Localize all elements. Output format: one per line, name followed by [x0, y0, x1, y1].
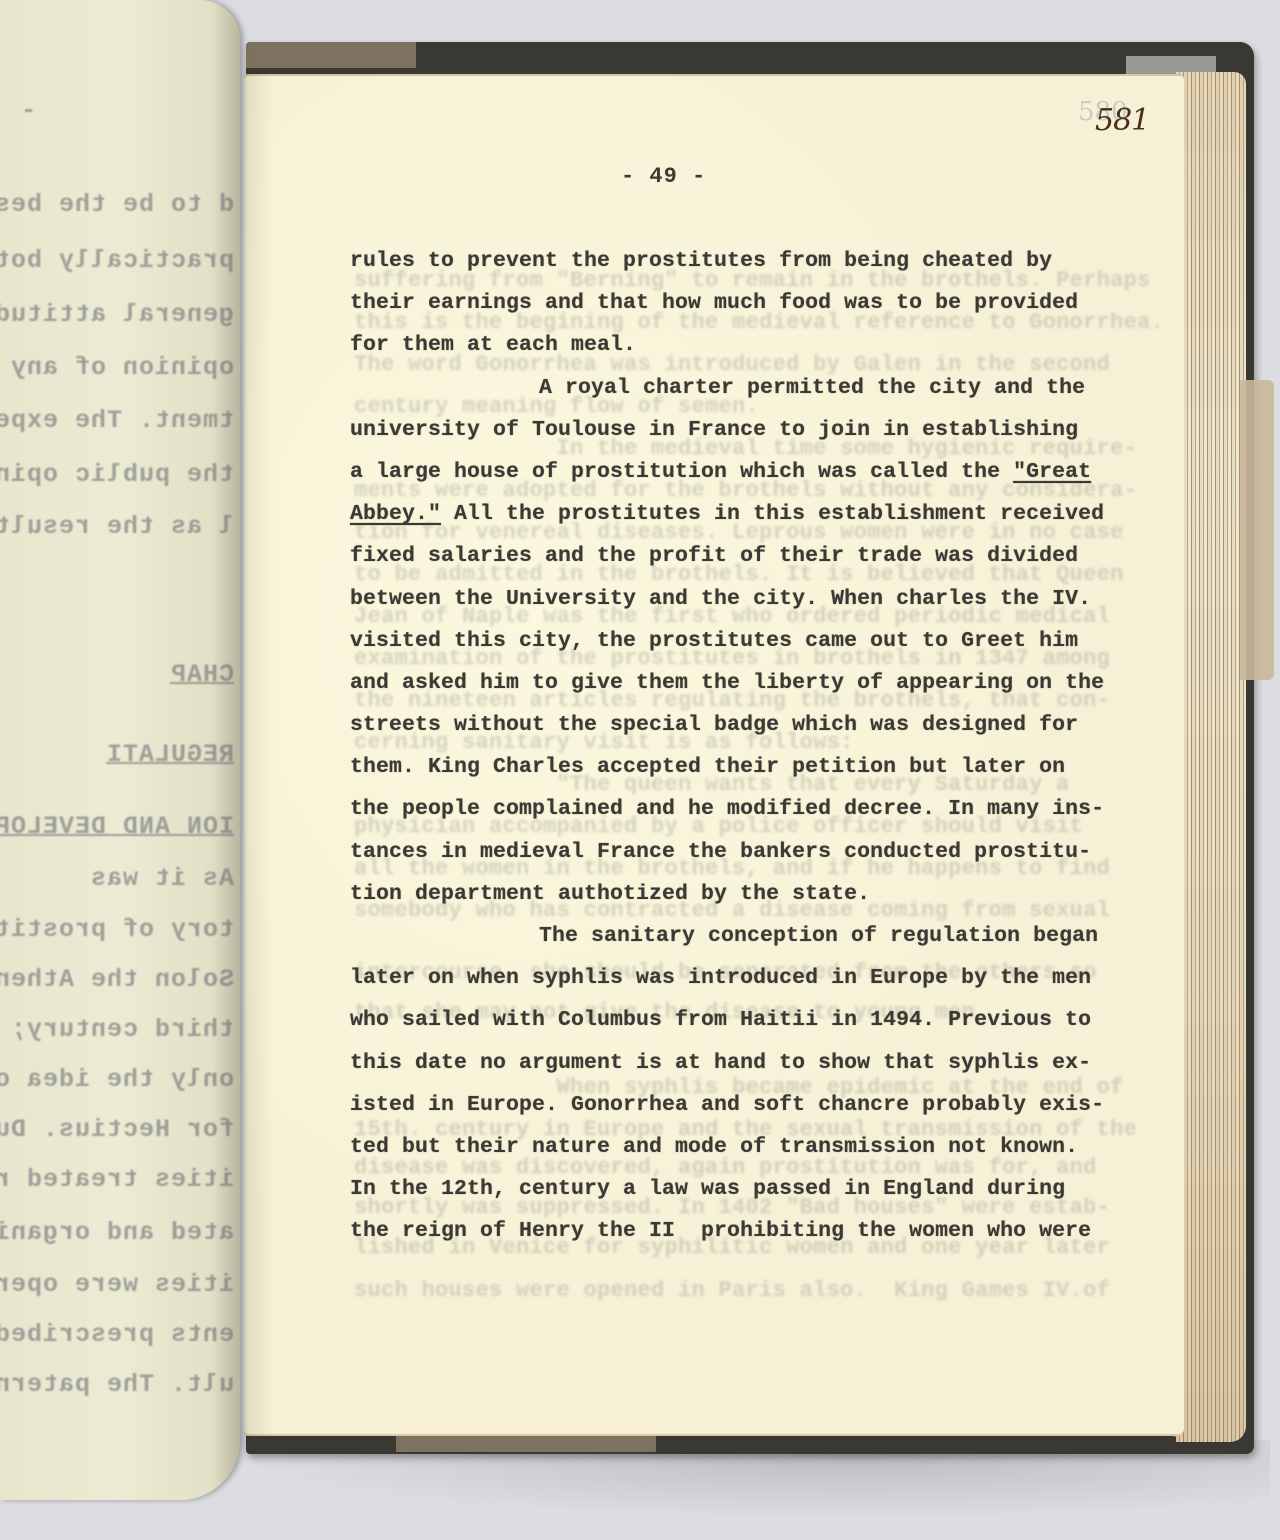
left-page-mirrored-line: ION AND DEVELOPMENT OF	[0, 812, 234, 841]
text-line: for them at each meal.	[350, 330, 1090, 372]
line-text: tion department authotized by the state.	[350, 882, 870, 906]
left-page-mirrored-line: Solon the Athenian I	[0, 965, 234, 994]
line-text: for them at each meal.	[350, 333, 636, 357]
line-text: streets without the special badge which …	[350, 713, 1078, 737]
text-line: fixed salaries and the profit of their t…	[350, 541, 1090, 583]
left-page-mirrored-line: ult. The paternal autho	[0, 1370, 234, 1399]
underlined-title-text: Abbey."	[350, 502, 441, 526]
line-text: their earnings and that how much food wa…	[350, 291, 1078, 315]
line-text: them. King Charles accepted their petiti…	[350, 755, 1065, 779]
line-text: and asked him to give them the liberty o…	[350, 671, 1104, 695]
text-line: between the University and the city. Whe…	[350, 584, 1090, 626]
line-text: university of Toulouse in France to join…	[350, 418, 1078, 442]
line-text: All the prostitutes in this establishmen…	[441, 502, 1104, 526]
page-number: - 49 -	[621, 164, 706, 189]
line-text: this date no argument is at hand to show…	[350, 1051, 1091, 1075]
line-text: ted but their nature and mode of transmi…	[350, 1135, 1078, 1159]
left-page-mirrored-line: As it was	[90, 864, 234, 893]
line-text: The sanitary conception of regulation be…	[539, 924, 1098, 948]
line-text: the reign of Henry the II prohibiting th…	[350, 1219, 1091, 1243]
left-page-mirrored-line: l as the result.	[0, 512, 234, 541]
line-text: fixed salaries and the profit of their t…	[350, 544, 1078, 568]
left-page-mirrored-line: ated and organized. In	[0, 1218, 234, 1247]
text-line: later on when syphlis was introduced in …	[350, 963, 1090, 1005]
text-line: ted but their nature and mode of transmi…	[350, 1132, 1090, 1174]
left-page-mirrored-line: tory of prostitution,	[0, 915, 234, 944]
left-page-mirrored-line: only the idea of suppres	[0, 1065, 234, 1094]
text-line: the people complained and he modified de…	[350, 794, 1090, 836]
text-line: who sailed with Columbus from Haitii in …	[350, 1005, 1090, 1047]
text-line: visited this city, the prostitutes came …	[350, 626, 1090, 668]
underlined-title-text: "Great	[1013, 460, 1091, 484]
line-text: isted in Europe. Gonorrhea and soft chan…	[350, 1093, 1104, 1117]
text-line: The sanitary conception of regulation be…	[350, 921, 1090, 963]
text-line: Abbey." All the prostitutes in this esta…	[350, 499, 1090, 541]
text-line: streets without the special badge which …	[350, 710, 1090, 752]
text-line: them. King Charles accepted their petiti…	[350, 752, 1090, 794]
show-through-line: such houses were opened in Paris also. K…	[354, 1278, 1110, 1303]
line-text: visited this city, the prostitutes came …	[350, 629, 1078, 653]
page-stack-edge	[1176, 72, 1246, 1442]
left-page-mirrored-line: the public opinion is	[0, 460, 234, 489]
line-text: later on when syphlis was introduced in …	[350, 966, 1091, 990]
text-line: A royal charter permitted the city and t…	[350, 373, 1090, 415]
left-page-mirrored-line: tment. The experience	[0, 406, 234, 435]
left-page-mirrored-line: CHAP	[170, 660, 234, 689]
line-text: tances in medieval France the bankers co…	[350, 840, 1091, 864]
line-text: between the University and the city. Whe…	[350, 587, 1091, 611]
line-text: a large house of prostitution which was …	[350, 460, 1013, 484]
cover-wear-top-left	[246, 42, 416, 68]
left-page-mirrored-line: general attitude of	[0, 300, 234, 329]
left-page-mirrored-line: ities treated represent	[0, 1165, 234, 1194]
line-text: In the 12th, century a law was passed in…	[350, 1177, 1065, 1201]
line-text: A royal charter permitted the city and t…	[539, 376, 1085, 400]
text-line: a large house of prostitution which was …	[350, 457, 1090, 499]
left-page-curved: - d to be the best metlpractically both …	[0, 0, 240, 1500]
text-line: university of Toulouse in France to join…	[350, 415, 1090, 457]
left-page-mirrored-line: ents prescribed opening	[0, 1320, 234, 1349]
left-page-mirrored-line: ities were operating the	[0, 1270, 234, 1299]
left-page-mirrored-line: d to be the best metl	[0, 190, 234, 219]
line-text: rules to prevent the prostitutes from be…	[350, 249, 1052, 273]
left-page-mirrored-line: practically both are	[0, 246, 234, 275]
typed-body-text: rules to prevent the prostitutes from be…	[350, 246, 1090, 1259]
line-text: the people complained and he modified de…	[350, 797, 1104, 821]
text-line: isted in Europe. Gonorrhea and soft chan…	[350, 1090, 1090, 1132]
text-line: rules to prevent the prostitutes from be…	[350, 246, 1090, 288]
text-line: In the 12th, century a law was passed in…	[350, 1174, 1090, 1216]
text-line: this date no argument is at hand to show…	[350, 1048, 1090, 1090]
line-text: who sailed with Columbus from Haitii in …	[350, 1008, 1091, 1032]
text-line: and asked him to give them the liberty o…	[350, 668, 1090, 710]
inserted-tab	[1240, 380, 1274, 680]
left-page-header-dash: -	[20, 96, 36, 125]
left-page-mirrored-line: REGULATI	[106, 740, 234, 769]
left-page-mirrored-line: third century; when d	[0, 1015, 234, 1044]
left-page-mirrored-line: for Hectius. During t	[0, 1115, 234, 1144]
handwritten-folio-number: 581	[1095, 103, 1149, 138]
left-page-mirrored-line: opinion of any form wh	[0, 353, 234, 382]
text-line: their earnings and that how much food wa…	[350, 288, 1090, 330]
text-line: tion department authotized by the state.	[350, 879, 1090, 921]
text-line: the reign of Henry the II prohibiting th…	[350, 1216, 1090, 1258]
text-line: tances in medieval France the bankers co…	[350, 837, 1090, 879]
